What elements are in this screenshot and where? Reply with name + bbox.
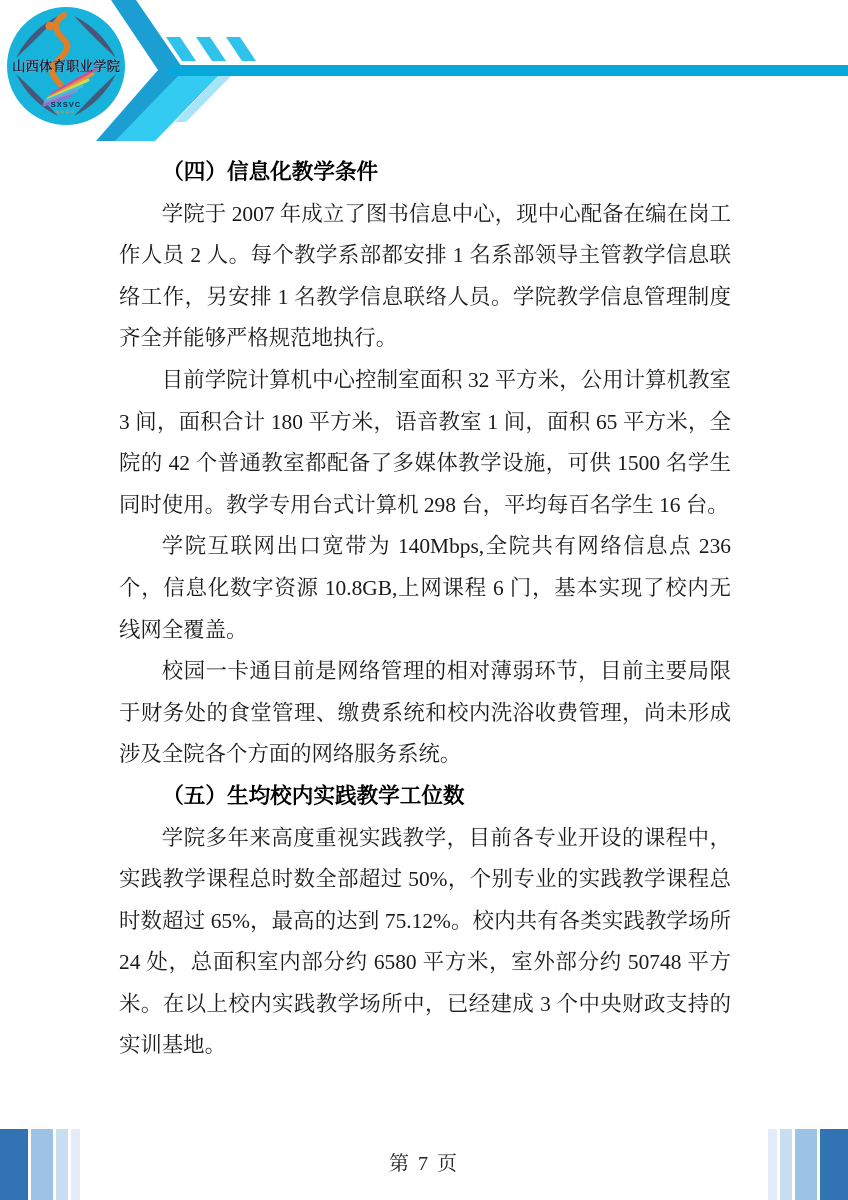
footer-bar [820, 1129, 848, 1200]
footer-bar [768, 1129, 777, 1200]
paragraph: 校园一卡通目前是网络管理的相对薄弱环节，目前主要局限于财务处的食堂管理、缴费系统… [119, 651, 731, 776]
logo-abbr: SXSVC [51, 100, 81, 109]
section-heading: （五）生均校内实践教学工位数 [119, 776, 731, 818]
college-logo: 山西体育职业学院 SXSVC [7, 7, 125, 125]
footer: 第 7 页 [0, 1128, 848, 1200]
page-number: 第 7 页 [0, 1147, 848, 1176]
footer-bar [780, 1129, 792, 1200]
footer-bars-right [768, 1129, 848, 1200]
paragraph: 目前学院计算机中心控制室面积 32 平方米，公用计算机教室 3 间，面积合计 1… [119, 360, 731, 526]
section-heading: （四）信息化教学条件 [119, 152, 731, 194]
header-banner: 山西体育职业学院 SXSVC [0, 0, 848, 150]
paragraph: 学院多年来高度重视实践教学，目前各专业开设的课程中，实践教学课程总时数全部超过 … [119, 818, 731, 1068]
paragraph: 学院互联网出口宽带为 140Mbps,全院共有网络信息点 236 个，信息化数字… [119, 526, 731, 651]
header-dash-icons [166, 37, 256, 61]
header-bar [164, 65, 848, 76]
header-decoration: 山西体育职业学院 SXSVC [0, 0, 848, 150]
logo-college-name: 山西体育职业学院 [12, 58, 120, 74]
document-body: （四）信息化教学条件学院于 2007 年成立了图书信息中心，现中心配备在编在岗工… [119, 152, 731, 1067]
paragraph: 学院于 2007 年成立了图书信息中心，现中心配备在编在岗工作人员 2 人。每个… [119, 194, 731, 360]
footer-bar [795, 1129, 817, 1200]
